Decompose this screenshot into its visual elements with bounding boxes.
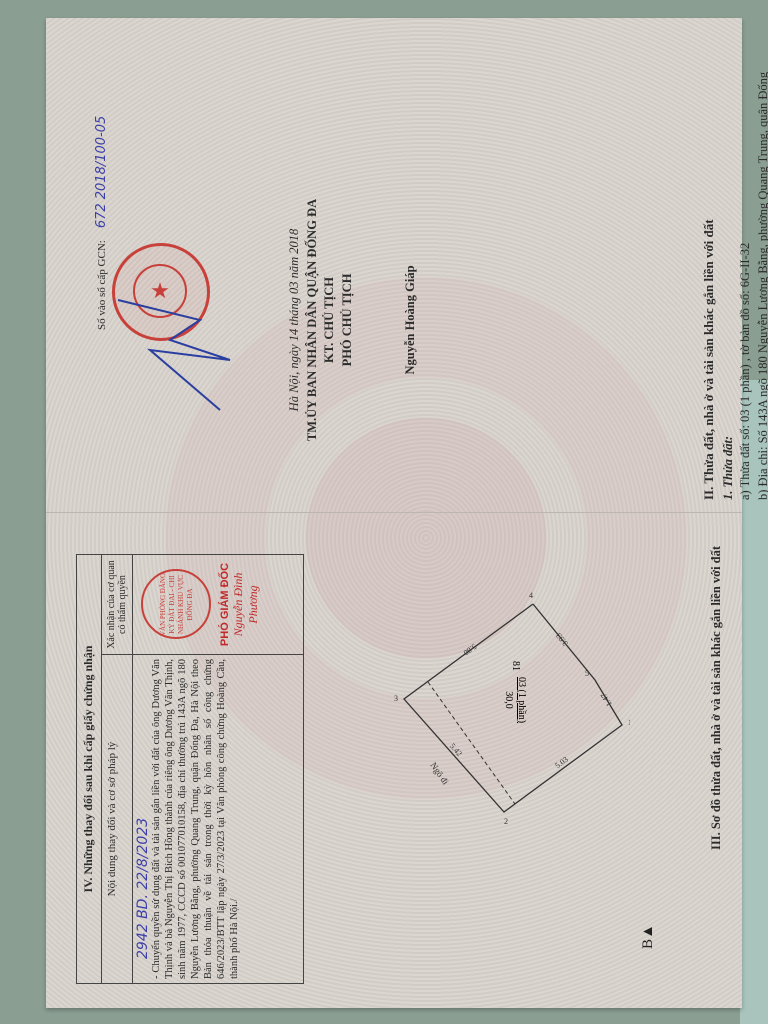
col1-header: Nội dung thay đổi và cơ sở pháp lý bbox=[102, 655, 133, 984]
plot-diagram: 123453.931.475.035.425.8003 (1 phần)30,0… bbox=[390, 580, 630, 840]
issuing-org: TM.ỦY BAN NHÂN DÂN QUẬN ĐỐNG ĐA bbox=[304, 170, 322, 470]
registry-number: Số vào sổ cấp GCN: 672 2018/100-05 bbox=[92, 30, 112, 330]
svg-text:4: 4 bbox=[529, 591, 533, 600]
approver-title: PHÓ GIÁM ĐỐC bbox=[219, 559, 231, 650]
signer-name: Nguyễn Hoàng Giáp bbox=[402, 170, 420, 470]
section4-title: IV. Những thay đổi sau khi cấp giấy chứn… bbox=[77, 555, 102, 984]
svg-text:Ngõ đi: Ngõ đi bbox=[428, 760, 451, 786]
svg-text:3: 3 bbox=[394, 694, 398, 703]
change-entry: - Chuyển quyền sử dụng đất và tài sản gắ… bbox=[150, 659, 241, 979]
section3-title: III. Sơ đồ thửa đất, nhà ở và tài sản kh… bbox=[708, 410, 726, 850]
svg-text:81: 81 bbox=[510, 661, 521, 671]
svg-text:03 (1 phần): 03 (1 phần) bbox=[516, 677, 527, 723]
land-line: b) Địa chỉ: Số 143A ngõ 180 Nguyễn Lương… bbox=[755, 30, 768, 500]
svg-text:2: 2 bbox=[504, 817, 508, 826]
svg-text:5: 5 bbox=[585, 669, 589, 678]
svg-text:5.42: 5.42 bbox=[448, 742, 464, 758]
registry-office-seal: VĂN PHÒNG ĐĂNG KÝ ĐẤT ĐAI - CHI NHÁNH KH… bbox=[141, 570, 211, 640]
col2-header: Xác nhận của cơ quan có thẩm quyền bbox=[102, 555, 133, 655]
kt-label: KT. CHỦ TỊCH bbox=[321, 170, 339, 470]
changes-table: IV. Những thay đổi sau khi cấp giấy chứn… bbox=[76, 554, 304, 984]
svg-text:30,0: 30,0 bbox=[503, 691, 514, 709]
signature-scribble bbox=[110, 280, 250, 420]
issue-date: Hà Nội, ngày 14 tháng 03 năm 2018 bbox=[286, 170, 304, 470]
svg-text:1: 1 bbox=[628, 718, 630, 727]
section4: IV. Những thay đổi sau khi cấp giấy chứn… bbox=[76, 554, 304, 984]
approver-name: Nguyễn Đình Phương bbox=[231, 559, 261, 650]
registry-value: 672 2018/100-05 bbox=[94, 116, 109, 228]
registry-label: Số vào sổ cấp GCN: bbox=[96, 240, 108, 330]
svg-text:1.47: 1.47 bbox=[599, 691, 614, 708]
signer-title: PHÓ CHỦ TỊCH bbox=[339, 170, 357, 470]
svg-text:5.03: 5.03 bbox=[553, 755, 570, 771]
page-fold bbox=[46, 512, 742, 513]
north-arrow-icon: B▲ bbox=[640, 924, 657, 949]
signature-block: Hà Nội, ngày 14 tháng 03 năm 2018 TM.ỦY … bbox=[286, 170, 420, 470]
handwritten-reference: 2942 BD. 22/8/2023 bbox=[137, 659, 150, 979]
section3-title-wrap: III. Sơ đồ thửa đất, nhà ở và tài sản kh… bbox=[708, 410, 726, 850]
land-line: a) Thửa đất số: 03 (1 phần) , tờ bản đồ … bbox=[737, 30, 755, 500]
